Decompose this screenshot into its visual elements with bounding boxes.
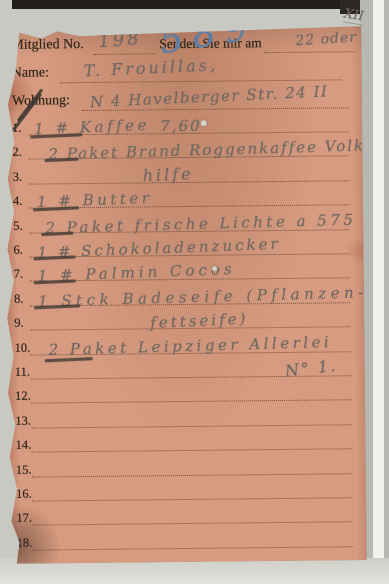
line-number: 10. — [14, 340, 30, 355]
list-line-9: 9. fettseife) — [12, 310, 352, 331]
list-line-3: 3. hilfe — [11, 164, 351, 185]
line-number: 2. — [12, 145, 22, 160]
punch-hole — [200, 120, 207, 127]
line-number: 5. — [13, 218, 23, 233]
list-line-5: 5. 2 Paket frische Lichte a 575 — [11, 213, 351, 234]
dotted-rule — [32, 473, 352, 477]
corner-mark-xii: XII — [343, 7, 365, 26]
line-number: 6. — [13, 243, 23, 258]
line-number: 9. — [14, 316, 24, 331]
list-line-17: 17. — [14, 506, 354, 527]
entry-text: 1 Stck Badeseife (Pflanzen- — [38, 283, 368, 310]
line-number: 14. — [15, 438, 31, 453]
address-value: N 4 Havelberger Str. 24 II — [90, 82, 329, 111]
blue-number: 589 — [156, 4, 259, 63]
list-line-14: 14. — [13, 432, 353, 453]
list-line-11: 11. N° 1. — [13, 359, 353, 380]
white-paper-strip — [373, 0, 384, 584]
list-line-13: 13. — [13, 408, 353, 429]
member-no-label: Mitglied No. — [11, 37, 84, 54]
line-number: 13. — [15, 413, 31, 428]
dotted-rule — [32, 497, 352, 501]
list-line-15: 15. — [14, 457, 354, 478]
entry-text: fettseife) — [150, 310, 249, 332]
dotted-rule — [32, 522, 352, 526]
dotted-rule — [31, 424, 351, 428]
line-number: 18. — [17, 535, 33, 550]
line-number: 8. — [14, 291, 24, 306]
list-line-2: 2. 2 Paket Brand Roggenkaffee Volks- — [10, 140, 350, 161]
line-number: 15. — [16, 462, 32, 477]
list-line-16: 16. — [14, 481, 354, 502]
list-line-18: 18. — [14, 530, 354, 551]
line-number: 16. — [16, 487, 32, 502]
line-number: 4. — [13, 194, 23, 209]
pencil-underline — [33, 206, 79, 211]
name-value: T. Frouillas, — [83, 55, 218, 80]
list-line-4: 4. 1 # Butter — [11, 188, 351, 209]
punch-hole — [212, 266, 218, 272]
line-number: 7. — [14, 267, 24, 282]
note-text: N° 1. — [284, 356, 338, 381]
line-number: 12. — [15, 389, 31, 404]
dotted-rule — [263, 51, 355, 53]
list-line-10: 10. 2 Paket Leipziger Allerlei — [12, 335, 352, 356]
scanner-shadow-strip — [12, 0, 389, 9]
dotted-rule — [32, 448, 352, 452]
ration-card: Mitglied No. 198 Senden Sie mir am 22 od… — [1, 26, 367, 564]
name-label: Name: — [12, 65, 49, 81]
list-line-1: 1. 1 # Kaffee 7,60 — [10, 115, 350, 136]
scan-background: XII Mitglied No. 198 Senden Sie mir am 2… — [0, 0, 389, 584]
member-no-value: 198 — [98, 28, 143, 52]
line-number: 11. — [15, 365, 30, 380]
line-number: 3. — [13, 169, 23, 184]
note-text: 7,60 — [160, 117, 202, 135]
entry-text: 2 Paket frische Lichte a 575 — [45, 210, 357, 237]
list-line-12: 12. — [13, 384, 353, 405]
entry-text: hilfe — [142, 164, 194, 185]
list-line-6: 6. 1 # Schokoladenzucker — [11, 237, 351, 258]
entry-text: 2 Paket Leipziger Allerlei — [48, 333, 332, 359]
list-line-7: 7. 1 # Palmin Cocos — [12, 262, 352, 283]
entry-text: 2 Paket Brand Roggenkaffee Volks- — [48, 136, 382, 163]
list-line-8: 8. 1 Stck Badeseife (Pflanzen- — [12, 286, 352, 307]
line-number: 17. — [16, 511, 32, 526]
dotted-rule — [33, 546, 353, 550]
dotted-rule — [93, 53, 155, 55]
dotted-rule — [31, 400, 351, 404]
